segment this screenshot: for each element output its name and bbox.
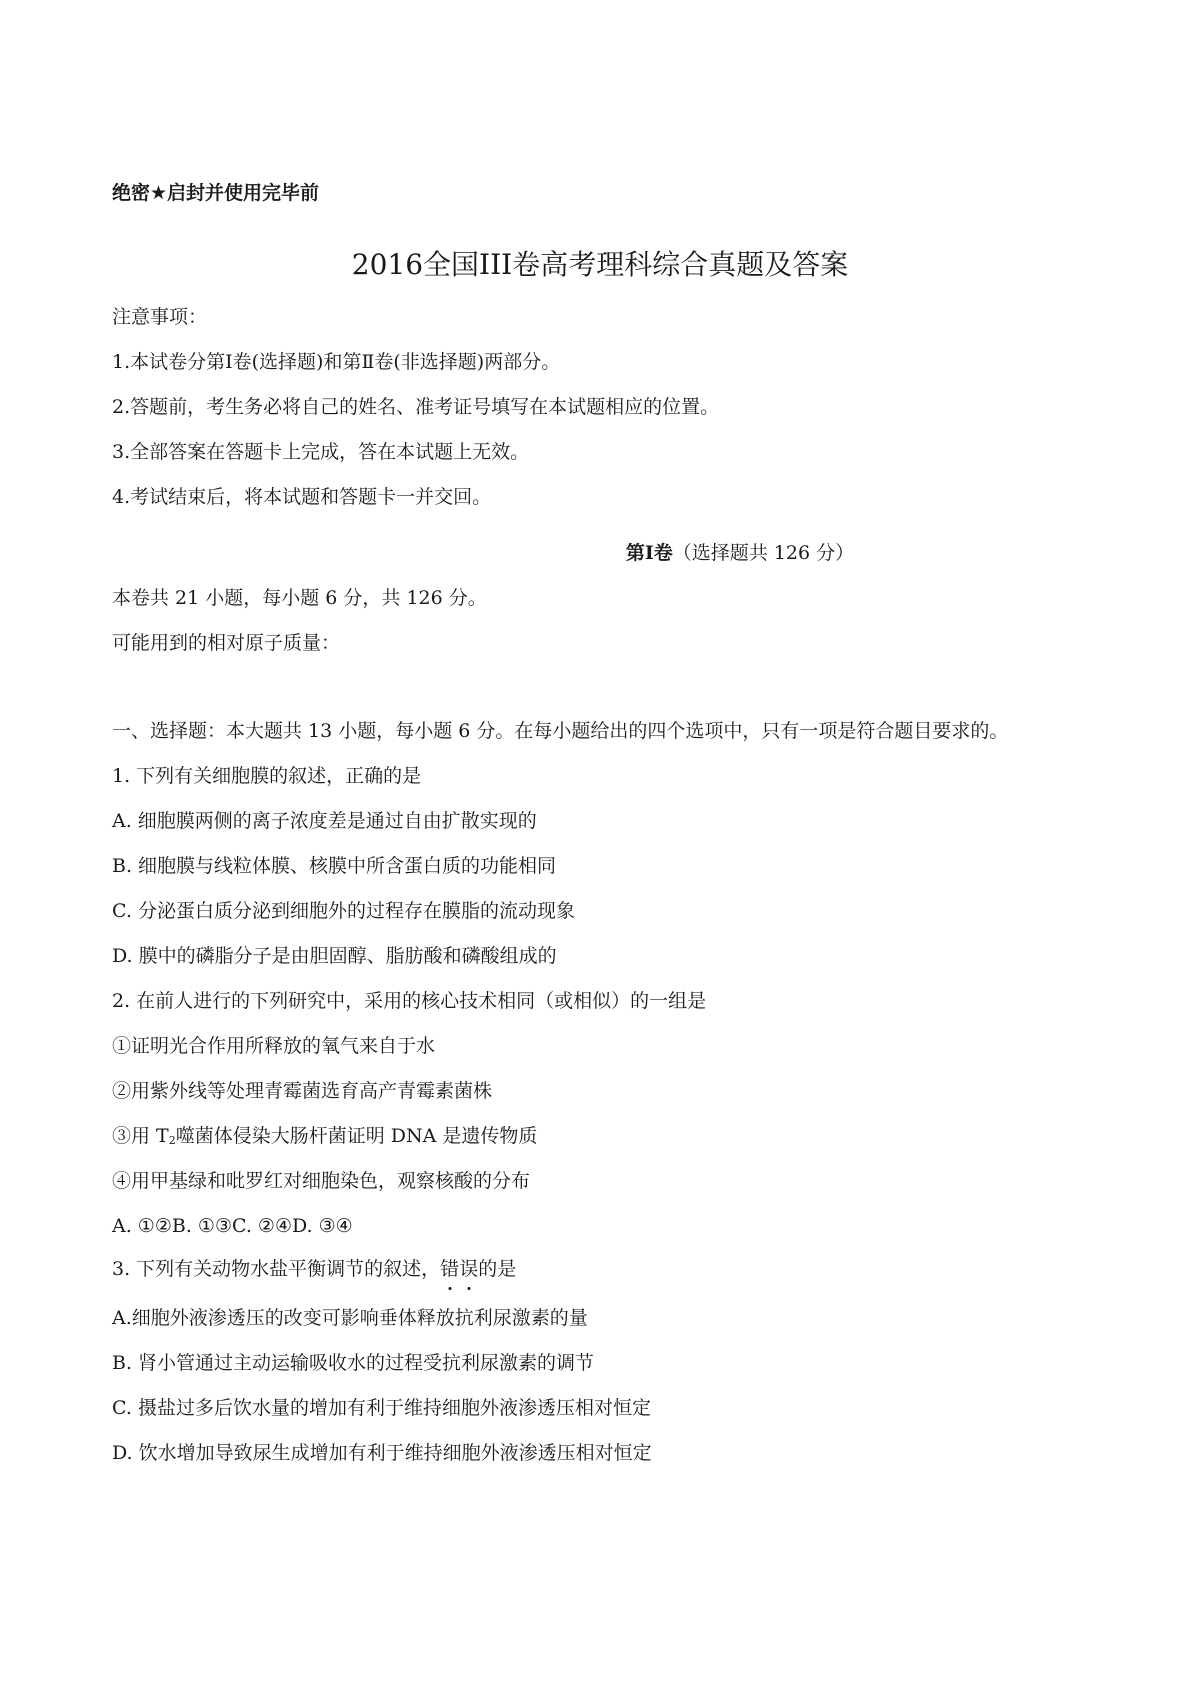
- subscript: 2: [169, 1134, 176, 1147]
- atomic-mass-label: 可能用到的相对原子质量：: [112, 631, 340, 655]
- question-3-option-d: D. 饮水增加导致尿生成增加有利于维持细胞外液渗透压相对恒定: [112, 1441, 652, 1465]
- section-heading-rest: （选择题共 126 分）: [673, 542, 854, 564]
- question-3-option-b: B. 肾小管通过主动运输吸收水的过程受抗利尿激素的调节: [112, 1351, 594, 1375]
- notice-item-1: 1.本试卷分第Ⅰ卷(选择题)和第Ⅱ卷(非选择题)两部分。: [112, 350, 560, 374]
- emphasis-mark: 误: [459, 1257, 478, 1281]
- question-2-item-3: ③用 T2噬菌体侵染大肠杆菌证明 DNA 是遗传物质: [112, 1124, 537, 1153]
- page-title-text: 2016全国III卷高考理科综合真题及答案: [352, 248, 848, 281]
- part-heading: 一、选择题：本大题共 13 小题，每小题 6 分。在每小题给出的四个选项中，只有…: [112, 719, 1008, 743]
- question-2-item-1: ①证明光合作用所释放的氧气来自于水: [112, 1034, 435, 1058]
- question-2-item-2: ②用紫外线等处理青霉菌选育高产青霉素菌株: [112, 1079, 492, 1103]
- section-heading: 第Ⅰ卷（选择题共 126 分）: [140, 541, 1200, 565]
- page-title: 2016全国III卷高考理科综合真题及答案: [0, 248, 1200, 282]
- question-2-item-3-rest: 噬菌体侵染大肠杆菌证明 DNA 是遗传物质: [176, 1125, 538, 1147]
- question-3-option-c: C. 摄盐过多后饮水量的增加有利于维持细胞外液渗透压相对恒定: [112, 1396, 651, 1420]
- question-3-option-a: A.细胞外液渗透压的改变可影响垂体释放抗利尿激素的量: [112, 1306, 588, 1330]
- emphasis-mark: 错: [440, 1257, 459, 1281]
- question-1-option-d: D. 膜中的磷脂分子是由胆固醇、脂肪酸和磷酸组成的: [112, 944, 557, 968]
- question-1-option-a: A. 细胞膜两侧的离子浓度差是通过自由扩散实现的: [112, 809, 537, 833]
- question-1-stem: 1. 下列有关细胞膜的叙述，正确的是: [112, 764, 421, 788]
- question-2-item-4: ④用甲基绿和吡罗红对细胞染色，观察核酸的分布: [112, 1169, 530, 1193]
- notice-item-4: 4.考试结束后，将本试题和答题卡一并交回。: [112, 485, 491, 509]
- section-description: 本卷共 21 小题，每小题 6 分，共 126 分。: [112, 586, 487, 610]
- question-2-options: A. ①②B. ①③C. ②④D. ③④: [112, 1214, 353, 1238]
- question-2-stem: 2. 在前人进行的下列研究中，采用的核心技术相同（或相似）的一组是: [112, 989, 706, 1013]
- question-3-stem-post: 的是: [478, 1258, 516, 1280]
- notice-heading: 注意事项：: [112, 305, 207, 329]
- question-2-item-3-prefix: ③用 T: [112, 1125, 169, 1147]
- notice-item-2: 2.答题前，考生务必将自己的姓名、准考证号填写在本试题相应的位置。: [112, 395, 719, 419]
- section-heading-bold: 第Ⅰ卷: [626, 542, 673, 564]
- question-3-stem-pre: 3. 下列有关动物水盐平衡调节的叙述，: [112, 1258, 440, 1280]
- notice-item-3: 3.全部答案在答题卡上完成，答在本试题上无效。: [112, 440, 529, 464]
- question-1-option-c: C. 分泌蛋白质分泌到细胞外的过程存在膜脂的流动现象: [112, 899, 575, 923]
- question-3-stem: 3. 下列有关动物水盐平衡调节的叙述，错误的是: [112, 1257, 516, 1281]
- confidential-label: 绝密★启封并使用完毕前: [112, 181, 319, 205]
- question-1-option-b: B. 细胞膜与线粒体膜、核膜中所含蛋白质的功能相同: [112, 854, 556, 878]
